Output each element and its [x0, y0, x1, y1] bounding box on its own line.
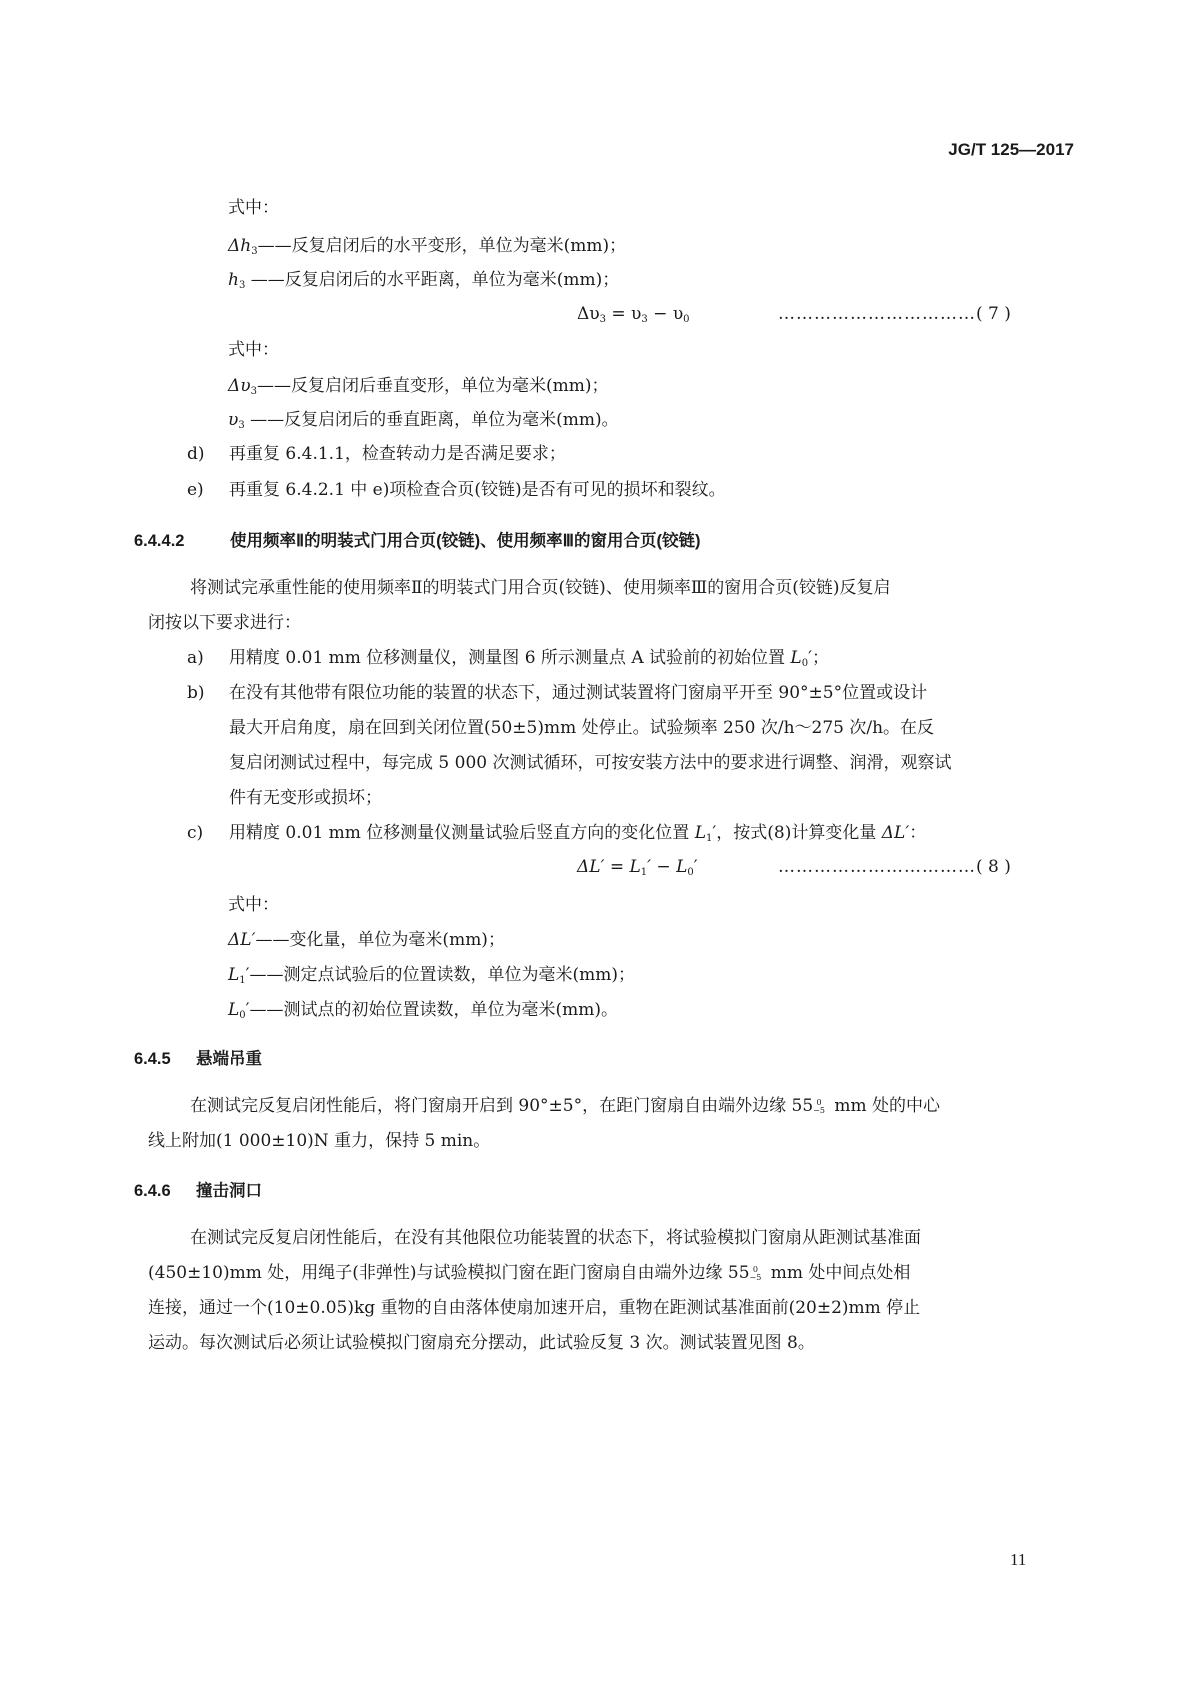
definition-v3: υ3 ——反复启闭后的垂直距离，单位为毫米(mm)。 — [228, 410, 619, 436]
paragraph-text: (450±10)mm 处，用绳子(非弹性)与试验模拟门窗在距门窗扇自由端外边缘 … — [148, 1263, 750, 1283]
section-title: 使用频率Ⅱ的明装式门用合页(铰链)、使用频率Ⅲ的窗用合页(铰链) — [230, 532, 700, 550]
formula-term: ′ — [694, 857, 698, 877]
list-text: 用精度 0.01 mm 位移测量仪测量试验后竖直方向的变化位置 — [229, 823, 695, 843]
list-item-e: e)再重复 6.4.2.1 中 e)项检查合页(铰链)是否有可见的损坏和裂纹。 — [187, 480, 726, 500]
formula-term: = υ — [606, 304, 641, 324]
formula-7-number: ……………………………( 7 ) — [778, 304, 1011, 324]
symbol: L — [790, 648, 801, 668]
definition-delta-h3: Δh3——反复启闭后的水平变形，单位为毫米(mm)； — [228, 236, 626, 262]
list-item-c: c)用精度 0.01 mm 位移测量仪测量试验后竖直方向的变化位置 L1′，按式… — [187, 823, 926, 849]
definition-text: ——反复启闭后的垂直距离，单位为毫米(mm)。 — [245, 410, 619, 430]
list-marker: a) — [187, 648, 229, 668]
list-text: 再重复 6.4.2.1 中 e)项检查合页(铰链)是否有可见的损坏和裂纹。 — [229, 480, 726, 500]
paragraph-line: 运动。每次测试后必须让试验模拟门窗扇充分摆动，此试验反复 3 次。测试装置见图 … — [148, 1333, 815, 1353]
definition-text: ——变化量，单位为毫米(mm)； — [255, 930, 505, 950]
list-item-b-line: 件有无变形或损坏； — [229, 788, 382, 808]
where-label: 式中： — [228, 198, 279, 218]
definition-text: ——反复启闭后垂直变形，单位为毫米(mm)； — [257, 376, 609, 396]
definition-text: ——反复启闭后的水平变形，单位为毫米(mm)； — [258, 236, 627, 256]
definition-text: ′——测定点试验后的位置读数，单位为毫米(mm)； — [246, 965, 635, 985]
tolerance: 0−5 — [813, 1099, 825, 1115]
paragraph-text: mm 处的中心 — [829, 1096, 940, 1116]
symbol: ΔL′ — [882, 823, 909, 843]
formula-8: ΔL′ = L1′ − L0′ — [577, 857, 698, 883]
paragraph-line: 将测试完承重性能的使用频率Ⅱ的明装式门用合页(铰链)、使用频率Ⅲ的窗用合页(铰链… — [190, 578, 890, 598]
formula-8-number: ……………………………( 8 ) — [778, 857, 1011, 877]
symbol: h — [228, 270, 239, 290]
formula-term: ′ − L — [647, 857, 687, 877]
definition-delta-l: ΔL′——变化量，单位为毫米(mm)； — [228, 930, 505, 950]
list-text: 再重复 6.4.1.1，检查转动力是否满足要求； — [229, 444, 566, 464]
where-label: 式中： — [228, 340, 279, 360]
list-text: 在没有其他带有限位功能的装置的状态下，通过测试装置将门窗扇平开至 90°±5°位… — [229, 683, 927, 703]
symbol: υ — [228, 410, 238, 430]
section-number: 6.4.4.2 — [134, 532, 230, 551]
section-heading-6-4-5: 6.4.5悬端吊重 — [134, 1045, 262, 1069]
list-text: 用精度 0.01 mm 位移测量仪，测量图 6 所示测量点 A 试验前的初始位置 — [229, 648, 790, 668]
list-item-a: a)用精度 0.01 mm 位移测量仪，测量图 6 所示测量点 A 试验前的初始… — [187, 648, 829, 674]
list-item-b-line: 最大开启角度，扇在回到关闭位置(50±5)mm 处停止。试验频率 250 次/h… — [229, 718, 934, 738]
definition-text: ′——测试点的初始位置读数，单位为毫米(mm)。 — [246, 1000, 618, 1020]
paragraph-line: (450±10)mm 处，用绳子(非弹性)与试验模拟门窗在距门窗扇自由端外边缘 … — [148, 1263, 910, 1283]
standard-code-header: JG/T 125—2017 — [0, 140, 1200, 160]
section-title: 悬端吊重 — [196, 1050, 262, 1068]
section-heading-6-4-4-2: 6.4.4.2使用频率Ⅱ的明装式门用合页(铰链)、使用频率Ⅲ的窗用合页(铰链) — [134, 527, 700, 551]
symbol: L — [228, 965, 239, 985]
list-text: ′； — [808, 648, 829, 668]
section-number: 6.4.5 — [134, 1050, 196, 1069]
formula-7: Δυ3 = υ3 − υ0 — [577, 304, 690, 330]
paragraph-line: 在测试完反复启闭性能后，在没有其他限位功能装置的状态下，将试验模拟门窗扇从距测试… — [190, 1228, 921, 1248]
paragraph-line: 在测试完反复启闭性能后，将门窗扇开启到 90°±5°，在距门窗扇自由端外边缘 5… — [190, 1096, 940, 1116]
page-number: 11 — [1010, 1550, 1026, 1570]
paragraph-line: 连接，通过一个(10±0.05)kg 重物的自由落体使扇加速开启，重物在距测试基… — [148, 1298, 920, 1318]
leader-dots: …………………………… — [778, 857, 976, 877]
paragraph-text: 在测试完反复启闭性能后，将门窗扇开启到 90°±5°，在距门窗扇自由端外边缘 5… — [190, 1096, 813, 1116]
formula-lhs: ΔL′ — [577, 857, 604, 877]
list-text: ： — [909, 823, 926, 843]
list-marker: d) — [187, 444, 229, 464]
paragraph-line: 线上附加(1 000±10)N 重力，保持 5 min。 — [148, 1131, 490, 1151]
symbol: Δh — [228, 236, 251, 256]
equation-number: ( 8 ) — [976, 857, 1011, 877]
section-number: 6.4.6 — [134, 1182, 196, 1201]
definition-l1: L1′——测定点试验后的位置读数，单位为毫米(mm)； — [228, 965, 635, 991]
symbol: L — [695, 823, 706, 843]
equation-number: ( 7 ) — [976, 304, 1011, 324]
paragraph-line: 闭按以下要求进行： — [148, 613, 301, 633]
definition-l0: L0′——测试点的初始位置读数，单位为毫米(mm)。 — [228, 1000, 618, 1026]
section-heading-6-4-6: 6.4.6撞击洞口 — [134, 1177, 262, 1201]
symbol: L — [228, 1000, 239, 1020]
tolerance-lower: −5 — [813, 1107, 825, 1115]
symbol: Δυ — [228, 376, 251, 396]
list-text: ′，按式(8)计算变化量 — [712, 823, 881, 843]
formula-term: = L — [604, 857, 640, 877]
list-marker: c) — [187, 823, 229, 843]
where-label: 式中： — [228, 895, 279, 915]
list-item-b: b)在没有其他带有限位功能的装置的状态下，通过测试装置将门窗扇平开至 90°±5… — [187, 683, 927, 703]
list-marker: e) — [187, 480, 229, 500]
paragraph-text: mm 处中间点处相 — [765, 1263, 910, 1283]
tolerance: 0−5 — [750, 1266, 762, 1282]
definition-text: ——反复启闭后的水平距离，单位为毫米(mm)； — [245, 270, 619, 290]
list-item-b-line: 复启闭测试过程中，每完成 5 000 次测试循环，可按安装方法中的要求进行调整、… — [229, 753, 951, 773]
tolerance-lower: −5 — [750, 1274, 762, 1282]
list-item-d: d)再重复 6.4.1.1，检查转动力是否满足要求； — [187, 444, 566, 464]
formula-term: − υ — [648, 304, 683, 324]
subscript: 0 — [683, 314, 689, 325]
formula-lhs: Δυ — [577, 304, 600, 324]
section-title: 撞击洞口 — [196, 1182, 262, 1200]
definition-delta-v3: Δυ3——反复启闭后垂直变形，单位为毫米(mm)； — [228, 376, 609, 402]
list-marker: b) — [187, 683, 229, 703]
symbol: ΔL′ — [228, 930, 255, 950]
definition-h3: h3 ——反复启闭后的水平距离，单位为毫米(mm)； — [228, 270, 619, 296]
leader-dots: …………………………… — [778, 304, 976, 324]
